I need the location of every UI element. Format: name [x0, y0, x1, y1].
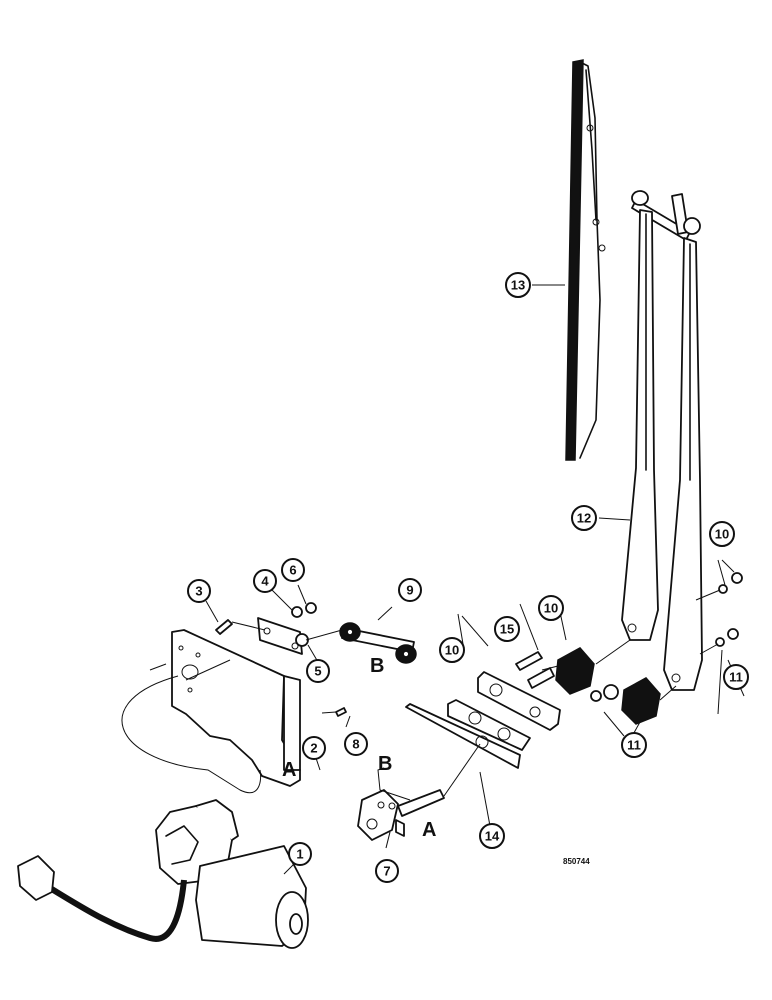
- nut-lower: [728, 629, 738, 639]
- wiper-motor: [18, 800, 308, 948]
- svg-text:6: 6: [289, 563, 296, 578]
- callout-2: 2: [303, 737, 325, 759]
- crank-arm: [258, 618, 308, 654]
- parts-diagram: 1 2 3 4 5 6 7 8 9 10 10 10 11 11 12 13 1…: [0, 0, 772, 1000]
- callout-10-boot: 10: [539, 596, 563, 620]
- callout-10-right: 10: [710, 522, 734, 546]
- callout-10-plate: 10: [440, 638, 464, 662]
- motor-bracket: [172, 630, 300, 786]
- nut-upper: [732, 573, 742, 583]
- callout-13: 13: [506, 273, 530, 297]
- callout-5: 5: [307, 660, 329, 682]
- svg-text:15: 15: [500, 622, 514, 637]
- callout-6: 6: [282, 559, 304, 581]
- callout-14: 14: [480, 824, 504, 848]
- svg-text:4: 4: [261, 574, 269, 589]
- pivot-stud: [528, 668, 554, 688]
- svg-text:10: 10: [445, 643, 459, 658]
- callout-11-right: 11: [724, 665, 748, 689]
- washer-part-4: [292, 607, 302, 617]
- letter-a-bracket: A: [282, 759, 296, 781]
- callout-12: 12: [572, 506, 596, 530]
- callout-11-lower: 11: [622, 733, 646, 757]
- svg-text:13: 13: [511, 278, 525, 293]
- svg-text:10: 10: [544, 601, 558, 616]
- boot-caps: [556, 648, 660, 724]
- callout-4: 4: [254, 570, 276, 592]
- svg-text:11: 11: [729, 670, 743, 685]
- bolt-part-3: [216, 620, 232, 634]
- letter-b-pivot: B: [378, 753, 392, 775]
- svg-text:2: 2: [310, 741, 317, 756]
- reference-code: 850744: [563, 857, 590, 866]
- wiper-blade: [566, 60, 605, 460]
- callout-8: 8: [345, 733, 367, 755]
- svg-text:9: 9: [406, 583, 413, 598]
- svg-text:1: 1: [296, 847, 303, 862]
- callout-3: 3: [188, 580, 210, 602]
- svg-text:10: 10: [715, 527, 729, 542]
- letter-b-link: B: [370, 655, 384, 677]
- callout-1: 1: [289, 843, 311, 865]
- svg-text:14: 14: [485, 829, 500, 844]
- letter-a-pivot: A: [422, 819, 436, 841]
- bolt-part-15: [516, 652, 542, 670]
- nut-part-6: [306, 603, 316, 613]
- callout-9: 9: [399, 579, 421, 601]
- svg-text:5: 5: [314, 664, 321, 679]
- svg-text:11: 11: [627, 738, 641, 753]
- wiper-arm-pantograph: [622, 191, 702, 690]
- svg-text:12: 12: [577, 511, 591, 526]
- svg-text:7: 7: [383, 864, 390, 879]
- svg-text:8: 8: [352, 737, 359, 752]
- svg-text:3: 3: [195, 584, 202, 599]
- washer-upper: [719, 585, 727, 593]
- callout-15: 15: [495, 617, 519, 641]
- screw-part-8: [336, 708, 346, 716]
- callout-7: 7: [376, 860, 398, 882]
